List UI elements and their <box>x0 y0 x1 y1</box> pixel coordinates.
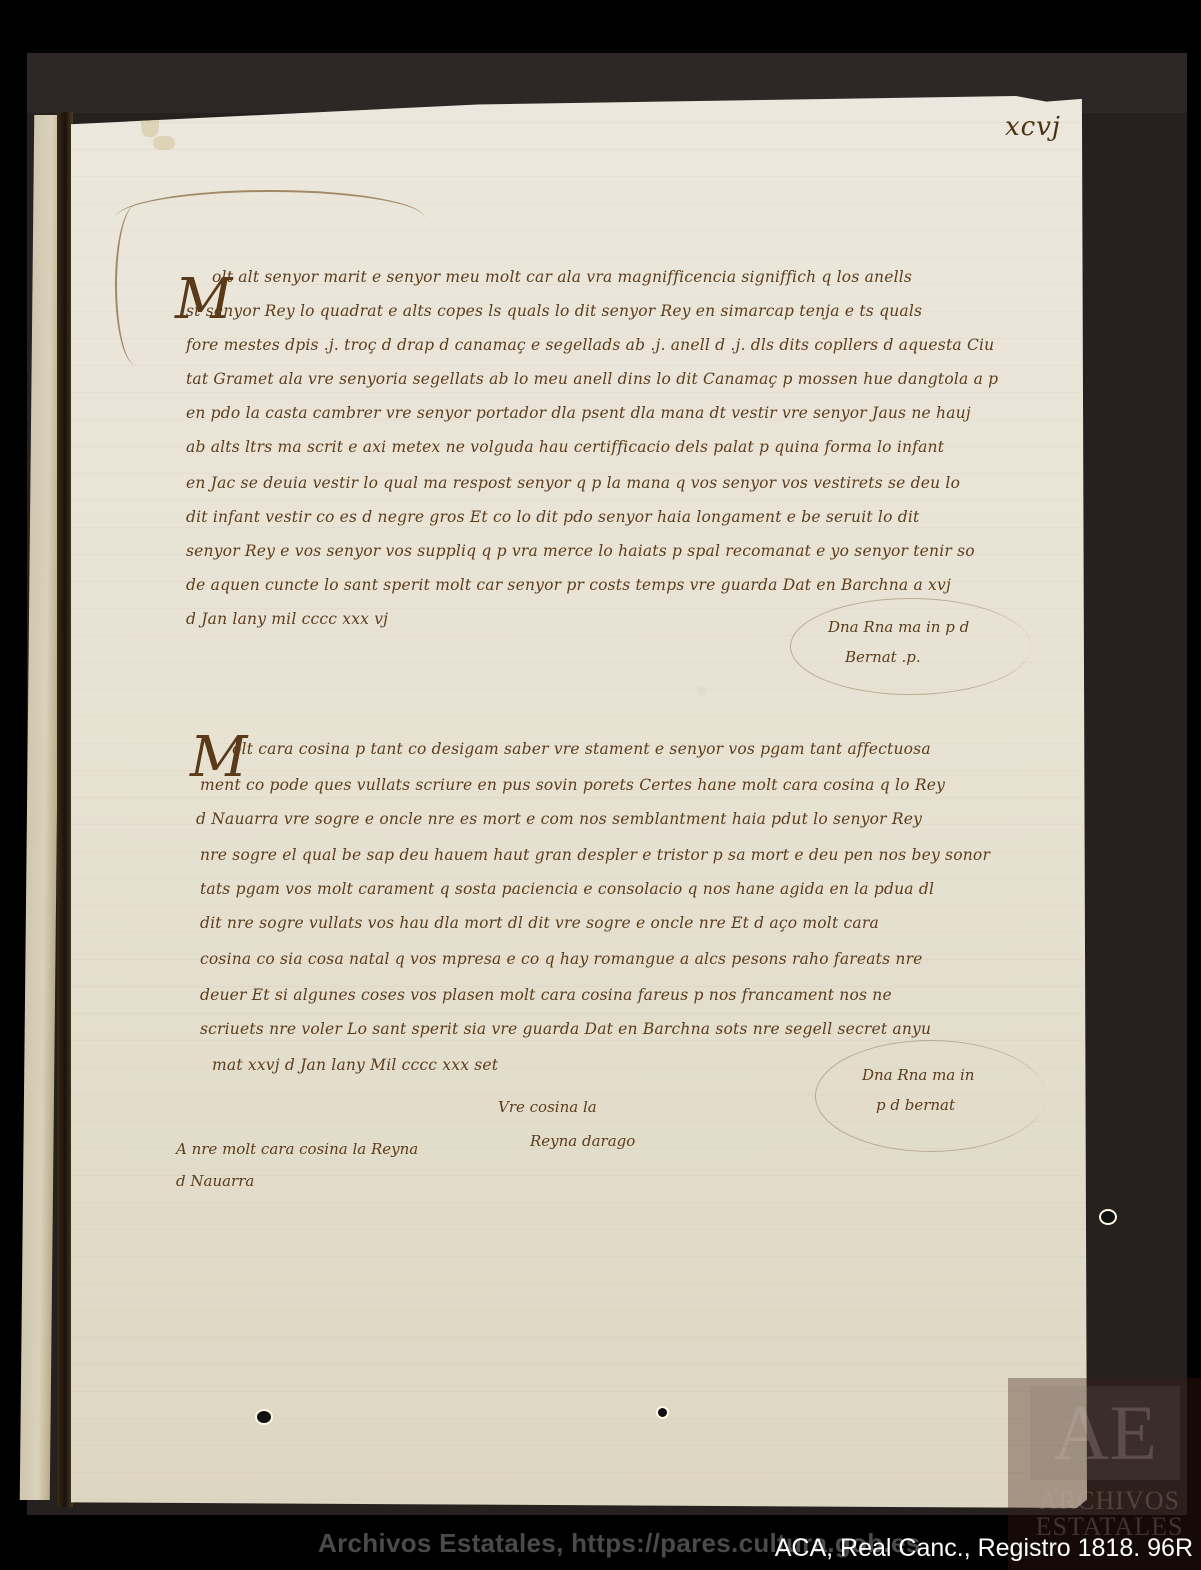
chancery-note-line: Bernat .p. <box>845 648 921 666</box>
letter-1-line: en Jac se deuia vestir lo qual ma respos… <box>186 474 960 492</box>
letter-2-address-line: d Nauarra <box>176 1172 254 1190</box>
letter-2-closing-line: Vre cosina la <box>498 1098 597 1116</box>
letter-2-address-line: A nre molt cara cosina la Reyna <box>176 1140 418 1158</box>
letter-2-line: mat xxvj d Jan lany Mil cccc xxx set <box>212 1056 498 1074</box>
letter-2-line: ment co pode ques vullats scriure en pus… <box>200 776 945 794</box>
letter-2-line: olt cara cosina p tant co desigam saber … <box>232 740 931 758</box>
chancery-note-line: p d bernat <box>876 1096 955 1114</box>
letter-1-line: d Jan lany mil cccc xxx vj <box>186 610 388 628</box>
letter-2-closing-line: Reyna darago <box>530 1132 635 1150</box>
paper-stain <box>153 136 175 150</box>
chancery-note-bracket <box>790 598 1031 695</box>
letter-2-line: tats pgam vos molt carament q sosta paci… <box>200 880 934 898</box>
initial-flourish <box>115 190 425 247</box>
binding-hole <box>658 1408 667 1417</box>
paper-spot <box>696 686 706 696</box>
chancery-note-line: Dna Rna ma in <box>862 1066 974 1084</box>
letter-1-line: fore mestes dpis .j. troç d drap d canam… <box>186 336 994 354</box>
letter-2-line: d Nauarra vre sogre e oncle nre es mort … <box>196 810 922 828</box>
archive-reference-caption: ACA, Real Canc., Registro 1818. 96R <box>775 1534 1193 1563</box>
initial-flourish <box>115 205 157 365</box>
letter-1-line: st senyor Rey lo quadrat e alts copes ls… <box>186 302 922 320</box>
letter-2-line: cosina co sia cosa natal q vos mpresa e … <box>200 950 923 968</box>
letter-2-line: dit nre sogre vullats vos hau dla mort d… <box>200 914 879 932</box>
letter-1-line: de aquen cuncte lo sant sperit molt car … <box>186 576 951 594</box>
watermark-logo-text: ARCHIVOS ESTATALES <box>1022 1488 1197 1540</box>
letter-2-line: scriuets nre voler Lo sant sperit sia vr… <box>200 1020 931 1038</box>
binding-spine <box>57 112 73 1507</box>
letter-1-line: olt alt senyor marit e senyor meu molt c… <box>212 268 912 286</box>
letter-2-line: nre sogre el qual be sap deu hauem haut … <box>200 846 990 864</box>
watermark-line: ARCHIVOS <box>1022 1488 1197 1514</box>
letter-1-line: senyor Rey e vos senyor vos suppliq q p … <box>186 542 975 560</box>
chancery-note-line: Dna Rna ma in p d <box>828 618 969 636</box>
letter-2-line: deuer Et si algunes coses vos plasen mol… <box>200 986 892 1004</box>
binding-hole <box>257 1411 271 1423</box>
letter-1-line: ab alts ltrs ma scrit e axi metex ne vol… <box>186 438 944 456</box>
letter-1-line: dit infant vestir co es d negre gros Et … <box>186 508 919 526</box>
watermark-logo-mark: AE <box>1030 1386 1180 1480</box>
letter-1-line: tat Gramet ala vre senyoria segellats ab… <box>186 370 998 388</box>
folio-number: xcvj <box>1005 112 1061 142</box>
letter-1-line: en pdo la casta cambrer vre senyor porta… <box>186 404 971 422</box>
binding-hole <box>1101 1211 1115 1223</box>
